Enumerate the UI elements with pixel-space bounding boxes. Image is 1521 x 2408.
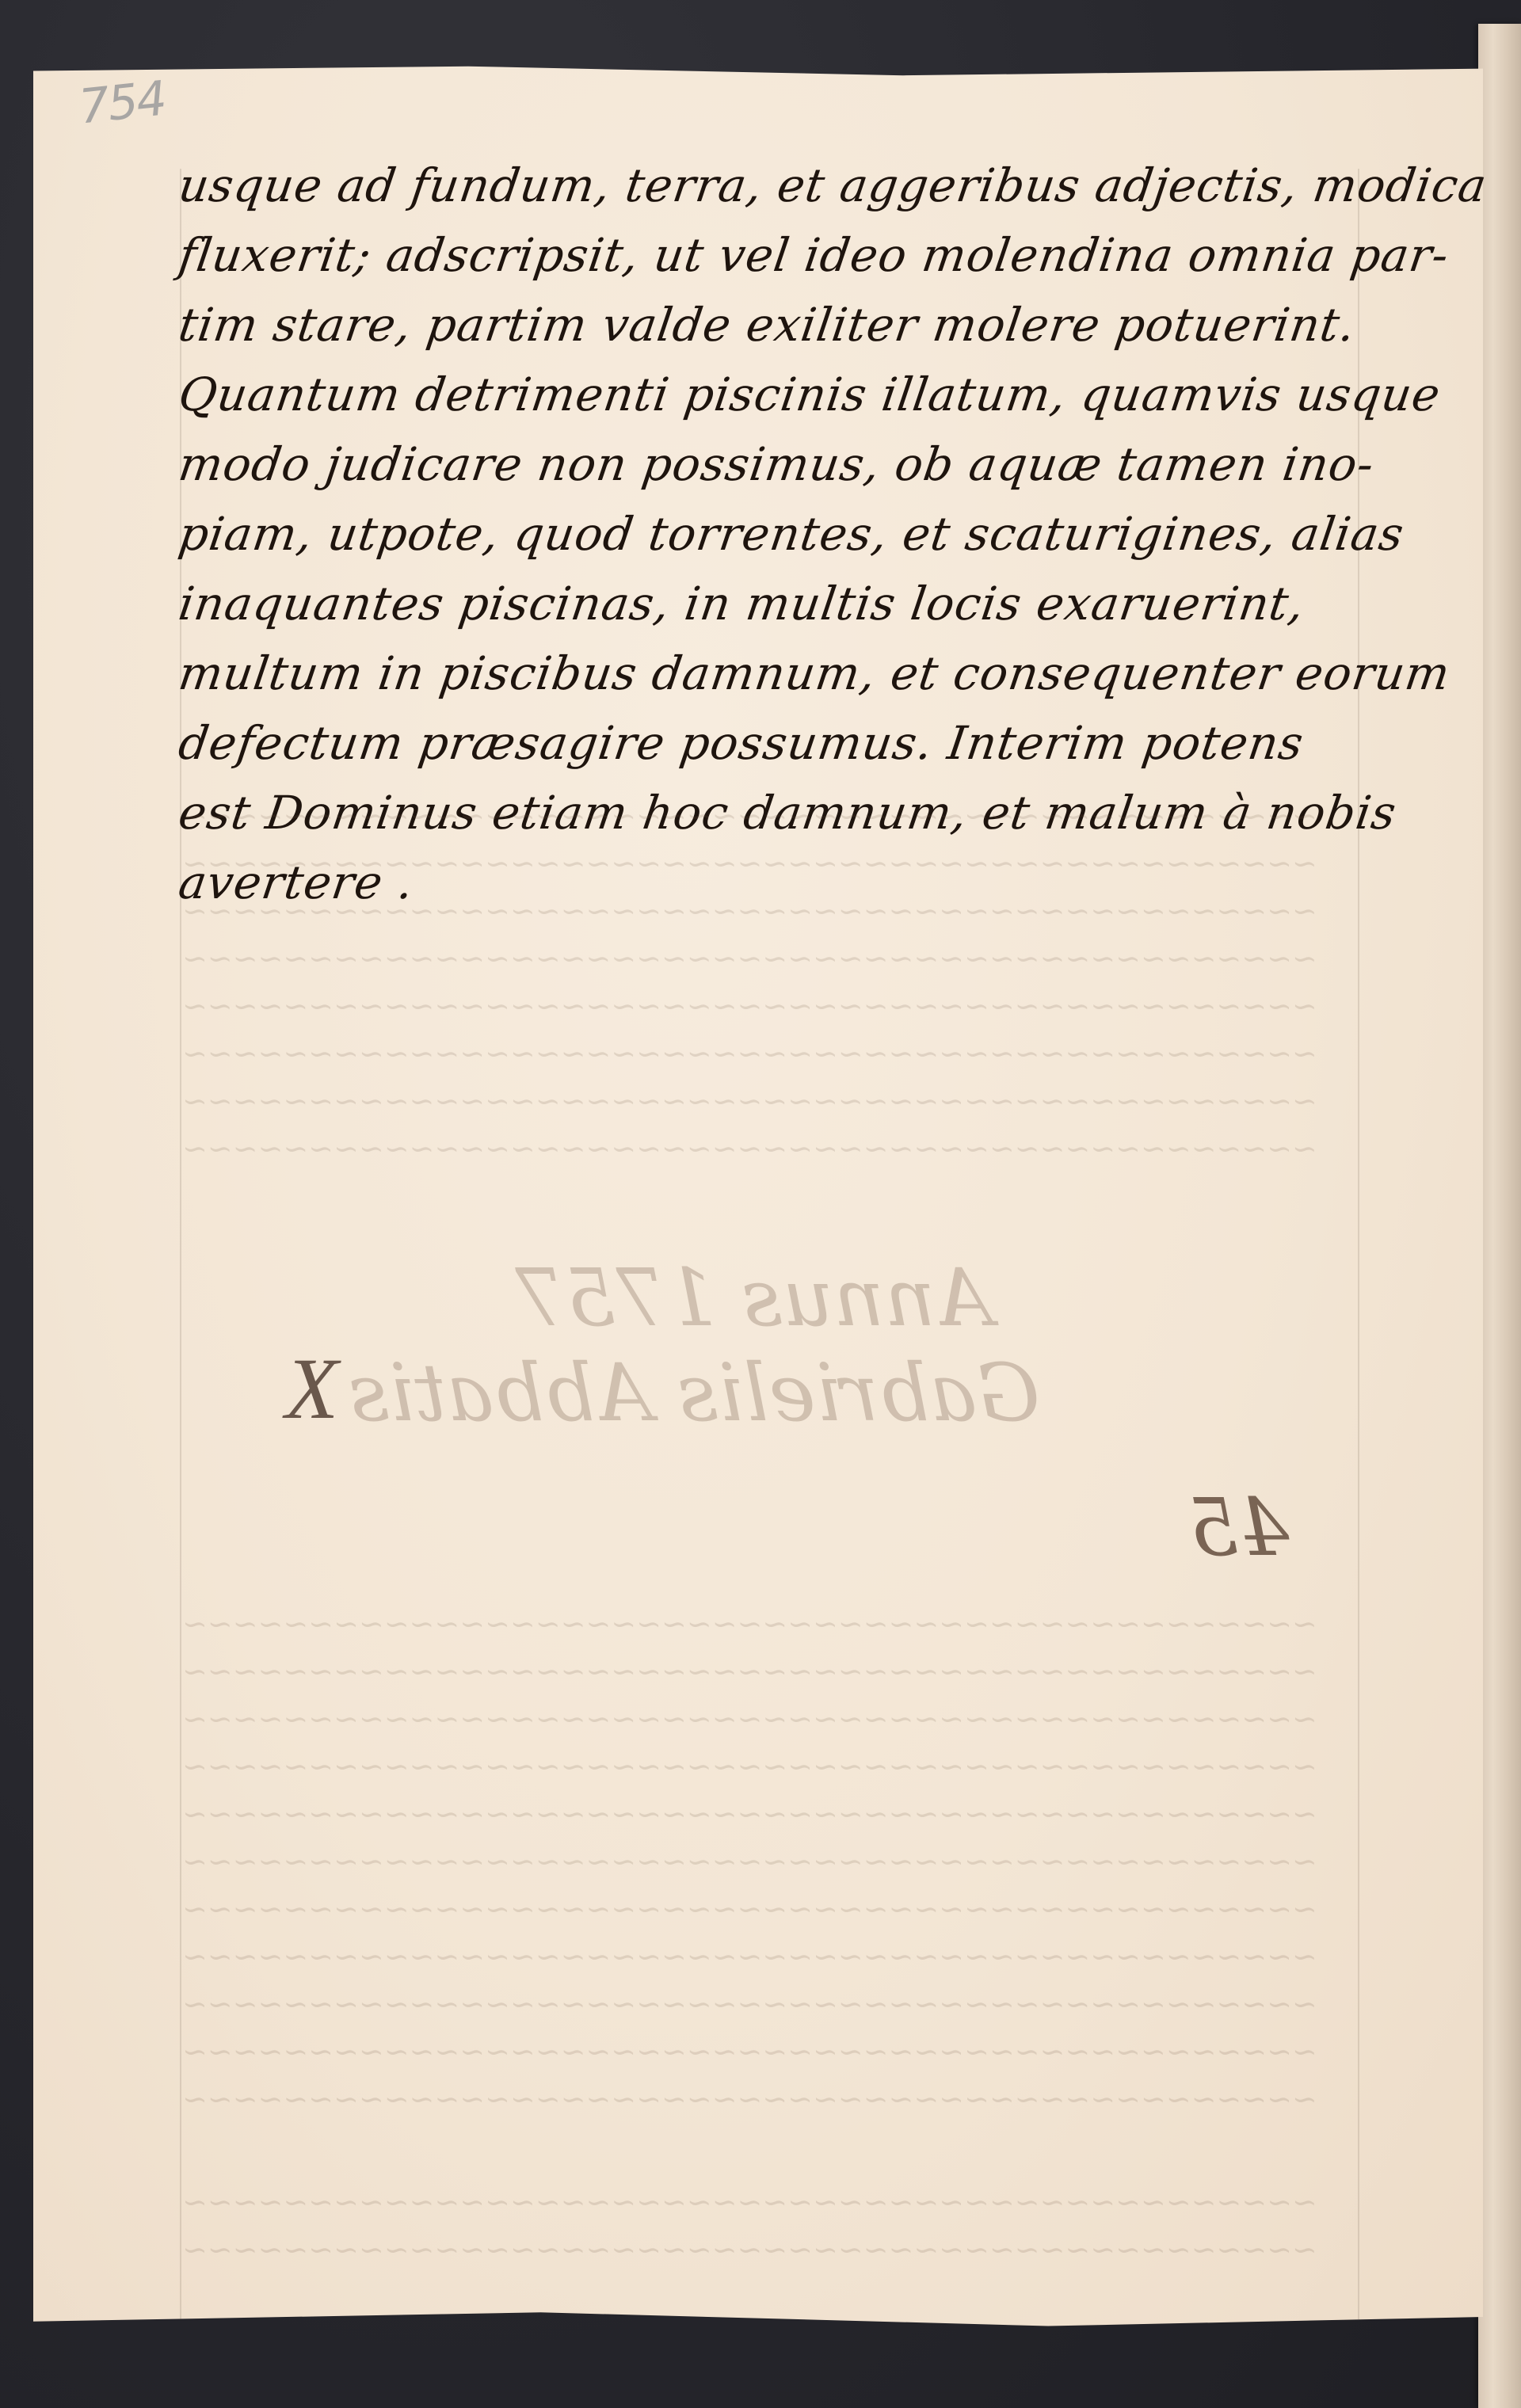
text-line: usque ad fundum, terra, et aggeribus adj… — [174, 150, 1388, 220]
text-line: Quantum detrimenti piscinis illatum, qua… — [174, 360, 1388, 429]
folio-number: 754 — [77, 71, 168, 135]
text-line: tim stare, partim valde exiliter molere … — [174, 290, 1388, 360]
text-line: modo judicare non possimus, ob aquæ tame… — [174, 429, 1388, 499]
bleed-through-paragraph: ~~~~~~~~~~~~~~~~~~~~~~~~~~~~~~~~~~~~~~~~… — [182, 792, 1317, 1172]
text-line: fluxerit; adscripsit, ut vel ideo molend… — [174, 220, 1388, 290]
text-line: multum in piscibus damnum, et consequent… — [174, 638, 1388, 708]
text-line: defectum præsagire possumus. Interim pot… — [174, 708, 1388, 778]
bleed-through-heading-year: Annus 1757 — [515, 1252, 993, 1344]
book-page-edges — [1478, 24, 1521, 2408]
text-line: piam, utpote, quod torrentes, et scaturi… — [174, 499, 1388, 569]
bleed-through-marginal-number: 45 — [1188, 1481, 1289, 1574]
text-line: inaquantes piscinas, in multis locis exa… — [174, 569, 1388, 638]
bleed-through-paragraph: ~~~~~~~~~~~~~~~~~~~~~~~~~~~~~~~~~~~~~~~~… — [182, 1600, 1317, 2123]
bleed-through-paragraph: ~~~~~~~~~~~~~~~~~~~~~~~~~~~~~~~~~~~~~~~~… — [182, 2178, 1317, 2273]
bleed-through-heading-abbot: Gabrielis Abbatis — [349, 1347, 1040, 1439]
bleed-through-roman-numeral: X — [285, 1339, 338, 1439]
